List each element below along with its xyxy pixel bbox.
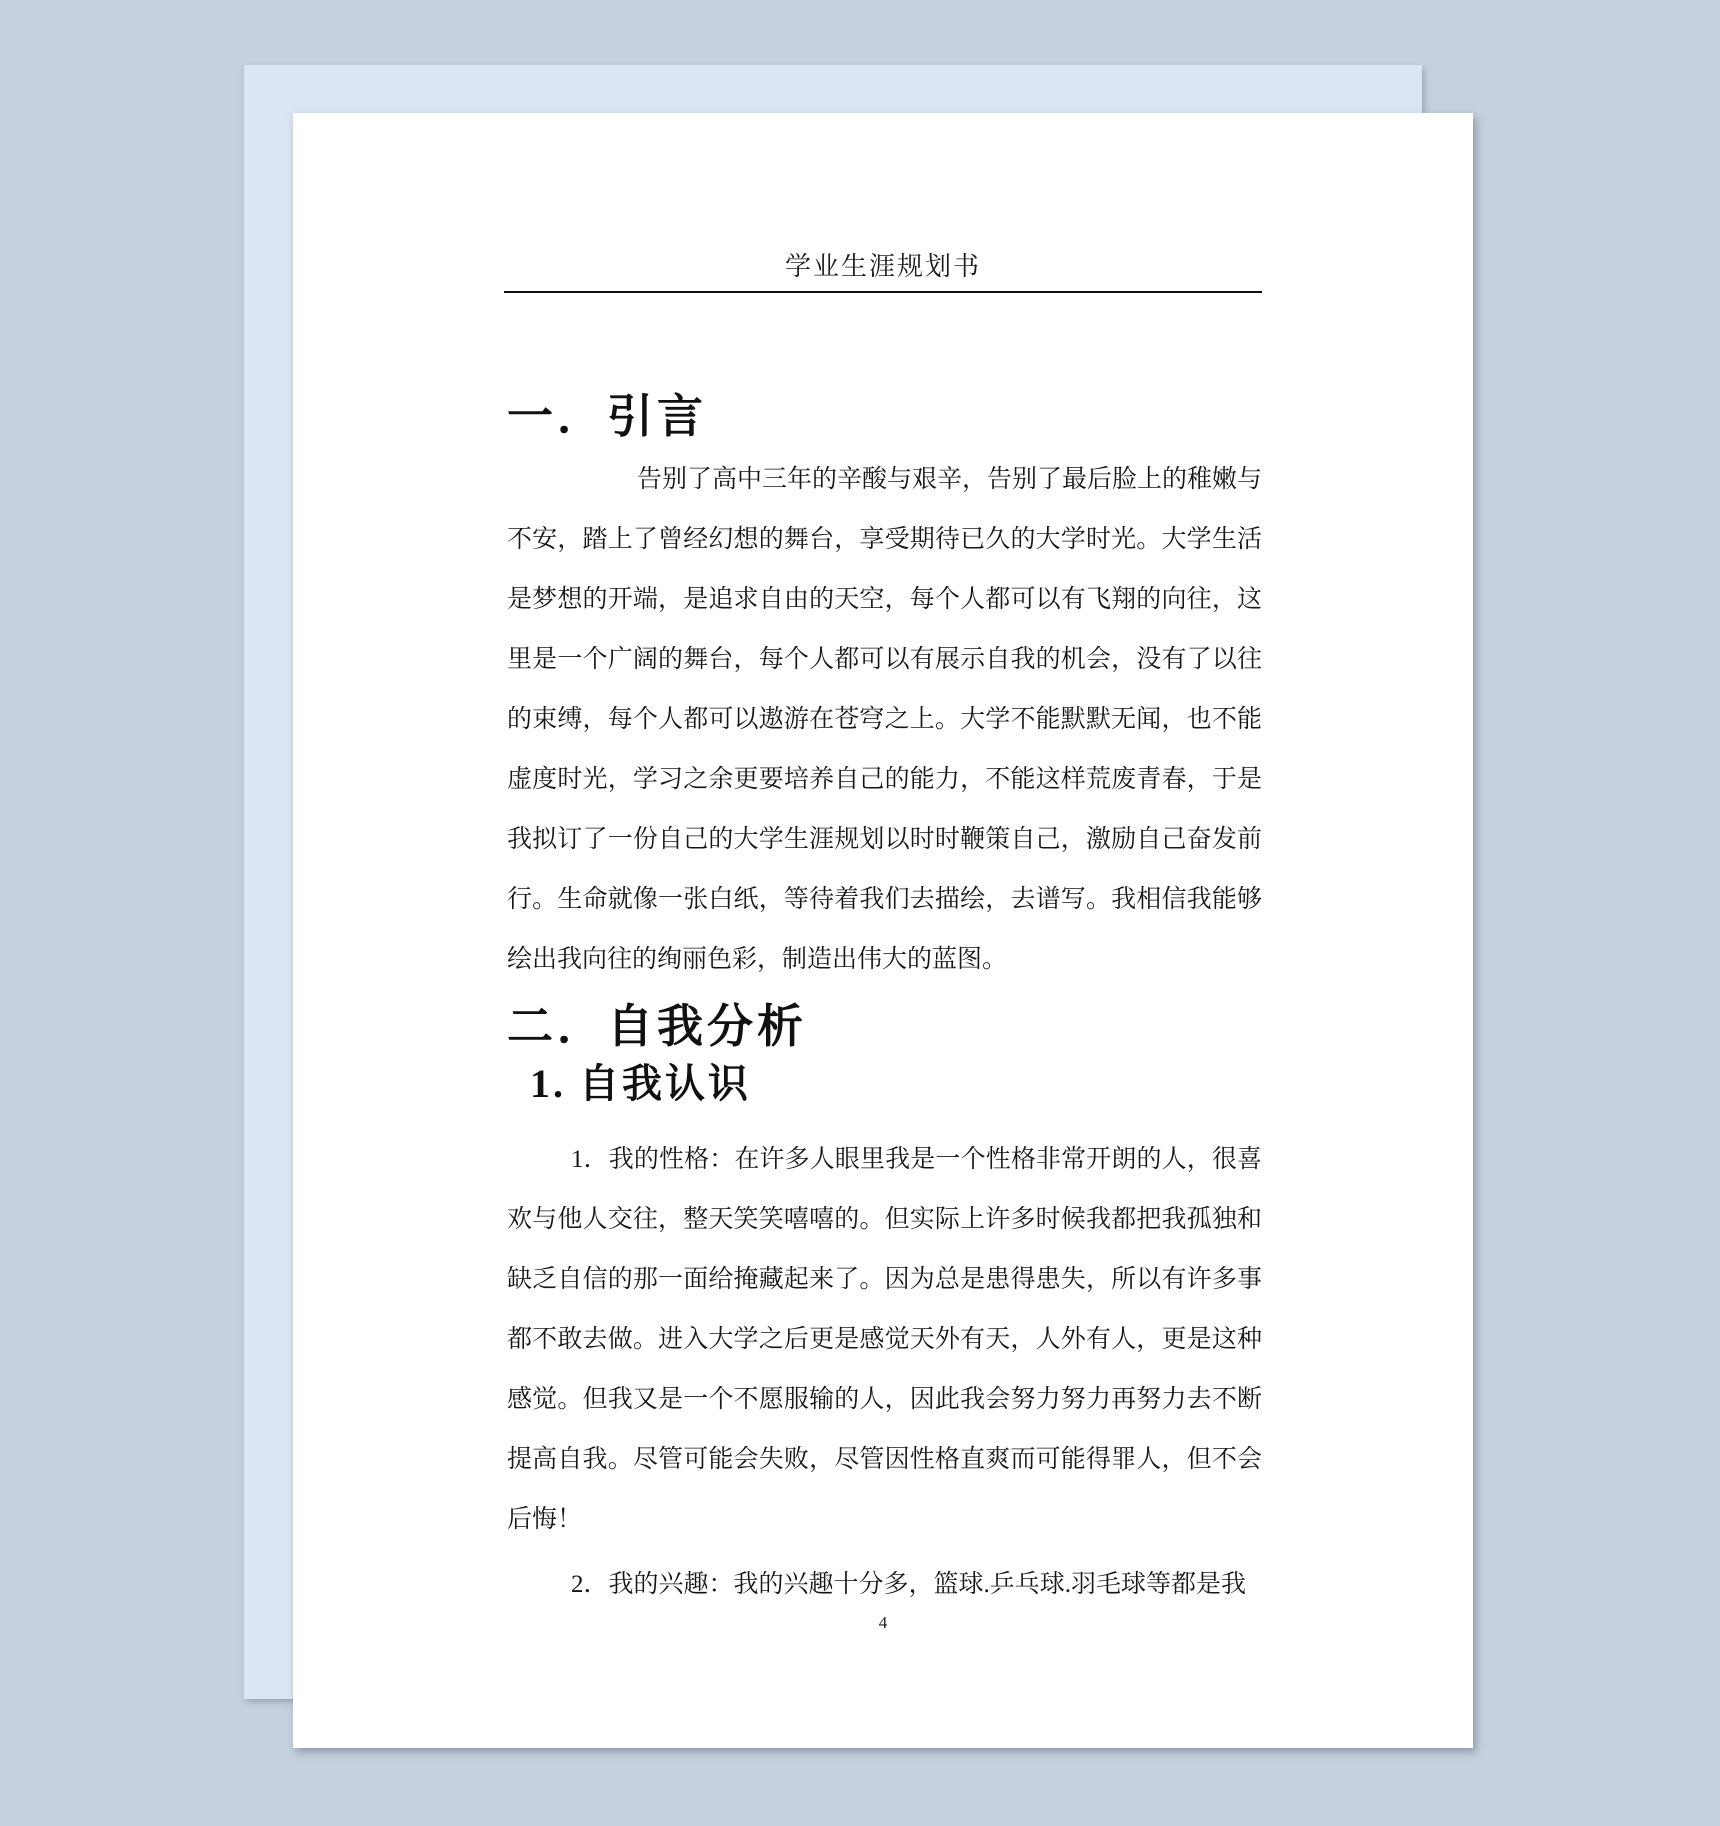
personality-paragraph: 1．我的性格：在许多人眼里我是一个性格非常开朗的人，很喜 欢与他人交往，整天笑笑… — [507, 1130, 1262, 1550]
intro-paragraph: 告别了高中三年的辛酸与艰辛，告别了最后脸上的稚嫩与 不安，踏上了曾经幻想的舞台，… — [507, 450, 1262, 990]
section-heading-introduction: 一．引言 — [507, 392, 707, 442]
personality-paragraph-line: 提高自我。尽管可能会失败，尽管因性格直爽而可能得罪人，但不会 — [507, 1430, 1262, 1490]
personality-paragraph-line: 欢与他人交往，整天笑笑嘻嘻的。但实际上许多时候我都把我孤独和 — [507, 1190, 1262, 1250]
intro-paragraph-line: 里是一个广阔的舞台，每个人都可以有展示自我的机会，没有了以往 — [507, 630, 1262, 690]
intro-paragraph-line: 行。生命就像一张白纸，等待着我们去描绘，去谱写。我相信我能够 — [507, 870, 1262, 930]
intro-paragraph-line: 我拟订了一份自己的大学生涯规划以时时鞭策自己，激励自己奋发前 — [507, 810, 1262, 870]
document-header-title: 学业生涯规划书 — [504, 250, 1262, 284]
intro-paragraph-line: 的束缚，每个人都可以遨游在苍穹之上。大学不能默默无闻，也不能 — [507, 690, 1262, 750]
subsection-heading-self-knowledge: 1. 自我认识 — [530, 1062, 751, 1106]
header-rule — [504, 291, 1262, 293]
intro-paragraph-line: 绘出我向往的绚丽色彩，制造出伟大的蓝图。 — [507, 930, 1262, 990]
interests-paragraph: 2．我的兴趣：我的兴趣十分多，篮球.乒乓球.羽毛球等都是我 — [507, 1555, 1262, 1615]
interests-paragraph-line: 2．我的兴趣：我的兴趣十分多，篮球.乒乓球.羽毛球等都是我 — [507, 1555, 1262, 1615]
intro-paragraph-line: 是梦想的开端，是追求自由的天空，每个人都可以有飞翔的向往，这 — [507, 570, 1262, 630]
personality-paragraph-line: 感觉。但我又是一个不愿服输的人，因此我会努力努力再努力去不断 — [507, 1370, 1262, 1430]
personality-paragraph-line: 缺乏自信的那一面给掩藏起来了。因为总是患得患失，所以有许多事 — [507, 1250, 1262, 1310]
page-number: 4 — [504, 1612, 1262, 1634]
document-page: 学业生涯规划书 一．引言 告别了高中三年的辛酸与艰辛，告别了最后脸上的稚嫩与 不… — [293, 113, 1473, 1748]
section-heading-self-analysis: 二．自我分析 — [507, 1002, 807, 1052]
intro-paragraph-line: 不安，踏上了曾经幻想的舞台，享受期待已久的大学时光。大学生活 — [507, 510, 1262, 570]
intro-paragraph-line: 告别了高中三年的辛酸与艰辛，告别了最后脸上的稚嫩与 — [507, 450, 1262, 510]
personality-paragraph-line: 都不敢去做。进入大学之后更是感觉天外有天，人外有人，更是这种 — [507, 1310, 1262, 1370]
intro-paragraph-line: 虚度时光，学习之余更要培养自己的能力，不能这样荒废青春，于是 — [507, 750, 1262, 810]
personality-paragraph-line: 1．我的性格：在许多人眼里我是一个性格非常开朗的人，很喜 — [507, 1130, 1262, 1190]
personality-paragraph-line: 后悔！ — [507, 1490, 1262, 1550]
